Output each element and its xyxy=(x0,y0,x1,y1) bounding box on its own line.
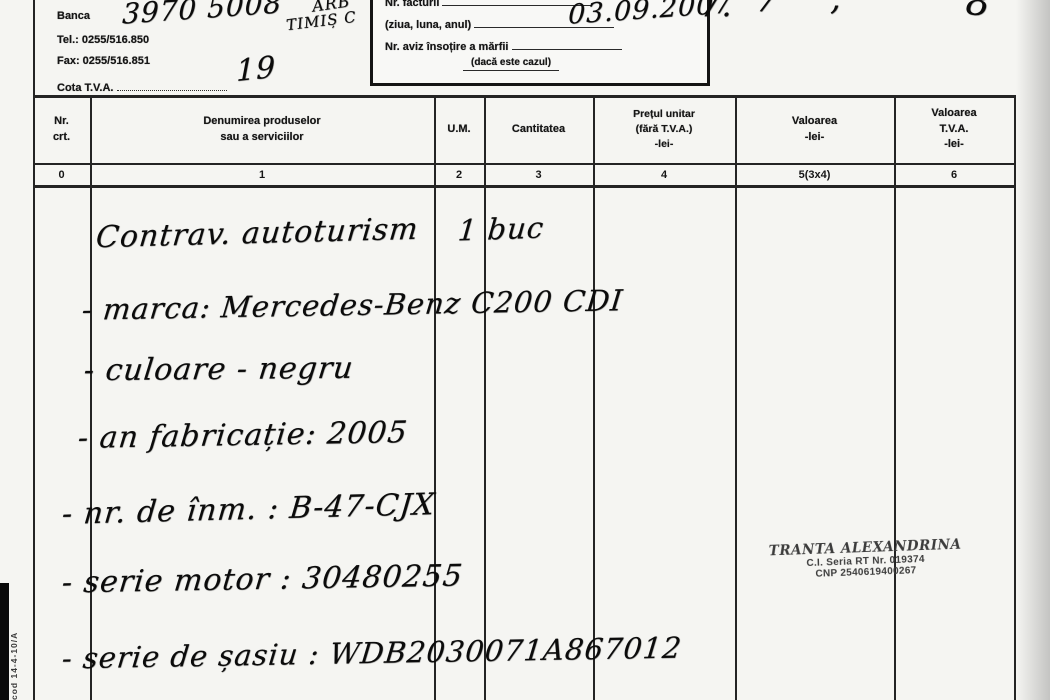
vat-rate-blank-line xyxy=(117,80,227,91)
form-code-vertical: cod 14-4-10/A xyxy=(9,588,19,700)
col-header-valoarea-tva: Valoarea T.V.A. -lei- xyxy=(894,96,1014,163)
col-header-denumirea: Denumirea produselor sau a serviciilor xyxy=(90,96,434,163)
col-index-2: 2 xyxy=(434,164,484,185)
delivery-note-blank-line xyxy=(512,39,622,50)
fax-label: Fax: 0255/516.851 xyxy=(57,55,150,67)
col-index-0: 0 xyxy=(33,164,90,185)
scan-edge-bar xyxy=(0,583,9,700)
bank-account-handwritten: 3970 5008 xyxy=(122,0,283,31)
bank-note-handwritten-2: TIMIȘ C xyxy=(285,8,357,34)
col-header-valoarea: Valoarea -lei- xyxy=(735,96,894,163)
col-header-pret-unitar: Prețul unitar (fără T.V.A.) -lei- xyxy=(593,96,735,163)
delivery-note-text: Nr. aviz însoțire a mărfii xyxy=(385,41,509,53)
col-header-nr-crt: Nr. crt. xyxy=(33,96,90,163)
table-col-line xyxy=(434,96,436,700)
item-line-culoare: - culoare - negru xyxy=(82,351,356,388)
col-header-um: U.M. xyxy=(434,96,484,163)
col-index-3: 3 xyxy=(484,164,593,185)
item-line-an-fabricatie: - an fabricație: 2005 xyxy=(76,415,409,456)
table-col-line xyxy=(735,96,737,700)
item-line-marca: - marca: Mercedes-Benz C200 CDI xyxy=(80,283,625,327)
delivery-note-label: Nr. aviz însoțire a mărfii xyxy=(385,39,622,53)
table-col-line xyxy=(894,96,896,700)
table-index-divider xyxy=(33,185,1016,188)
bank-label: Banca xyxy=(57,10,90,22)
handwritten-mark: / xyxy=(761,0,777,18)
handwritten-mark: 8 xyxy=(964,0,994,25)
buyer-identity-stamp: TRANTA ALEXANDRINA C.I. Seria RT Nr. 019… xyxy=(757,536,973,581)
vat-rate-text: Cota T.V.A. xyxy=(57,82,113,94)
table-col-line xyxy=(90,96,92,700)
phone-label: Tel.: 0255/516.850 xyxy=(57,34,149,46)
table-col-line xyxy=(593,96,595,700)
item-line-nr-inmatriculare: - nr. de înm. : B-47-CJX xyxy=(60,487,436,532)
vat-rate-label: Cota T.V.A. xyxy=(57,80,227,94)
item-line-description: Contrav. autoturism xyxy=(94,212,420,256)
col-index-4: 4 xyxy=(593,164,735,185)
item-line-serie-sasiu: - serie de șasiu : WDB2030071A867012 xyxy=(60,631,683,676)
scanned-invoice-page: Banca 3970 5008 ARB TIMIȘ C Tel.: 0255/5… xyxy=(0,0,1050,700)
item-line-quantity: 1 buc xyxy=(457,210,546,247)
col-header-cantitatea: Cantitatea xyxy=(484,96,593,163)
vat-rate-handwritten: 19 xyxy=(236,50,276,89)
col-index-1: 1 xyxy=(90,164,434,185)
item-line-serie-motor: - serie motor : 30480255 xyxy=(60,558,465,600)
col-index-5: 5(3x4) xyxy=(735,164,894,185)
if-applicable-note: (dacă este cazul) xyxy=(463,57,559,71)
handwritten-mark: 7. xyxy=(700,0,733,24)
col-index-6: 6 xyxy=(894,164,1014,185)
invoice-date-text: (ziua, luna, anul) xyxy=(385,19,471,31)
handwritten-mark: , xyxy=(830,0,842,18)
scan-right-edge xyxy=(1016,0,1050,700)
invoice-number-text: Nr. facturii xyxy=(385,0,439,9)
invoice-number-label: Nr. facturii xyxy=(385,0,592,9)
table-col-line xyxy=(484,96,486,700)
